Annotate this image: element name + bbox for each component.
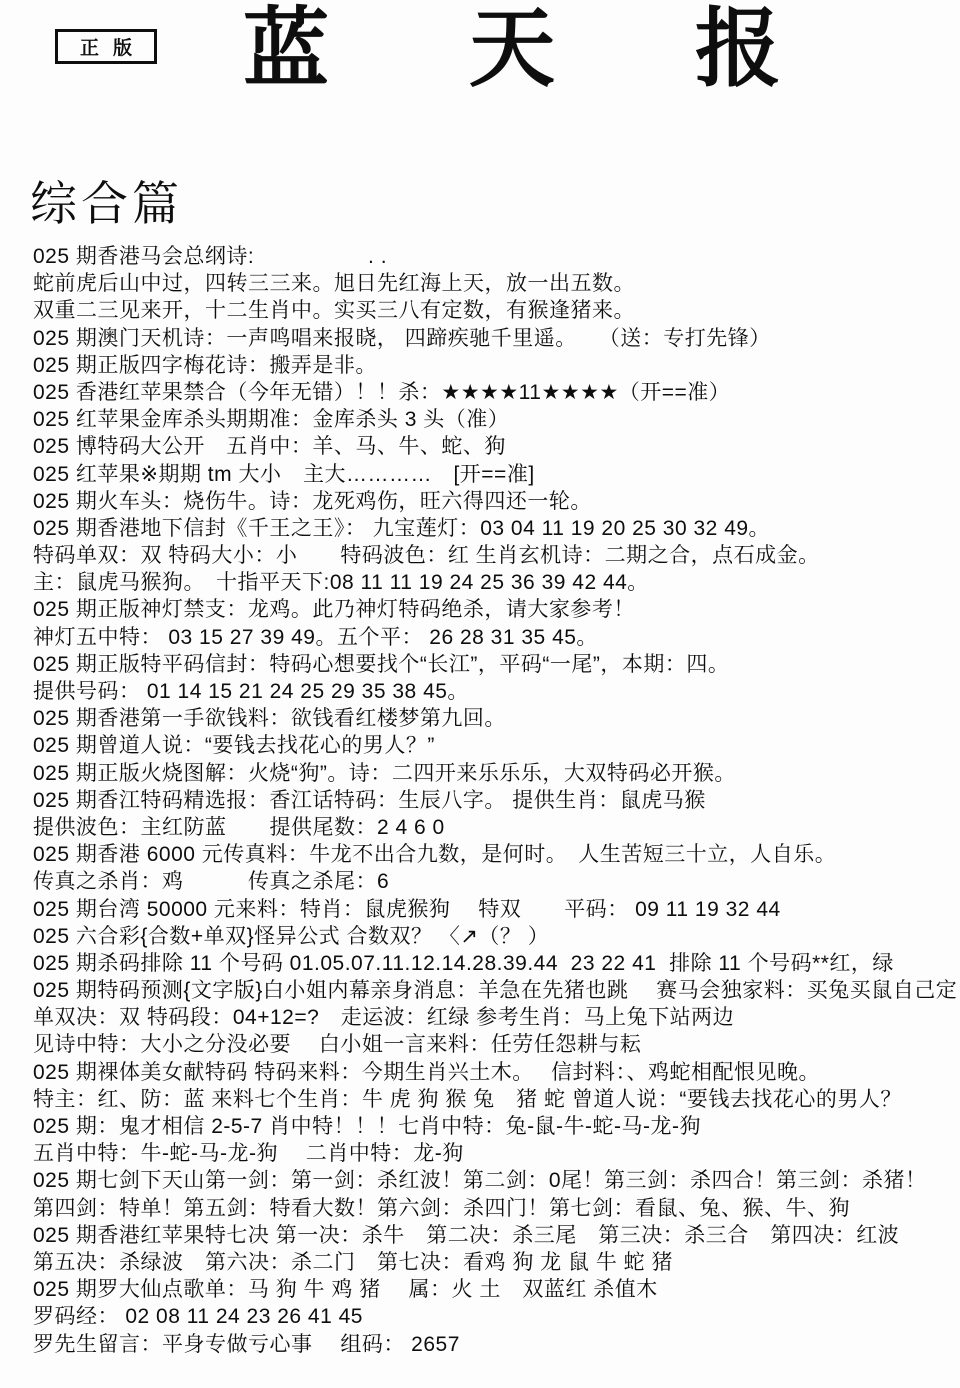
text-line: 025 期台湾 50000 元来料：特肖：鼠虎猴狗 特双 平码： 09 11 1… xyxy=(33,896,957,923)
text-line: 025 红苹果金库杀头期期准：金库杀头 3 头（准） xyxy=(33,406,957,433)
text-line: 神灯五中特： 03 15 27 39 49。五个平： 26 28 31 35 4… xyxy=(33,624,957,651)
text-line: 025 期正版特平码信封：特码心想要找个“长江”，平码“一尾”，本期：四。 xyxy=(33,651,957,678)
text-line: 025 期正版四字梅花诗：搬弄是非。 xyxy=(33,352,957,379)
text-line: 蛇前虎后山中过，四转三三来。旭日先红海上天，放一出五数。 xyxy=(33,270,957,297)
text-line: 第五决：杀绿波 第六决：杀二门 第七决：看鸡 狗 龙 鼠 牛 蛇 猪 xyxy=(33,1249,957,1276)
text-line: 025 期香港 6000 元传真料：牛龙不出合九数，是何时。 人生苦短三十立，人… xyxy=(33,841,957,868)
text-line: 第四剑：特单！第五剑：特看大数！第六剑：杀四门！第七剑：看鼠、兔、猴、牛、狗 xyxy=(33,1195,957,1222)
text-line: 025 期香港红苹果特七决 第一决：杀牛 第二决：杀三尾 第三决：杀三合 第四决… xyxy=(33,1222,957,1249)
text-line: 025 期七剑下天山第一剑：第一剑：杀红波！第二剑：0尾！第三剑：杀四合！第三剑… xyxy=(33,1167,957,1194)
text-line: 025 期杀码排除 11 个号码 01.05.07.11.12.14.28.39… xyxy=(33,950,957,977)
text-line: 025 期罗大仙点歌单：马 狗 牛 鸡 猪 属：火 土 双蓝红 杀值木 xyxy=(33,1276,957,1303)
text-line: 025 期特码预测{文字版}白小姐内幕亲身消息：羊急在先猪也跳 赛马会独家料：买… xyxy=(33,977,957,1004)
text-line: 025 六合彩{合数+单双}怪异公式 合数双？ 〈↗（？ ） xyxy=(33,923,957,950)
text-line: 025 期火车头：烧伤牛。诗：龙死鸡伤，旺六得四还一轮。 xyxy=(33,488,957,515)
text-line: 025 期香港第一手欲钱料：欲钱看红楼梦第九回。 xyxy=(33,705,957,732)
text-line: 025 红苹果※期期 tm 大小 主大………… [开==准] xyxy=(33,461,957,488)
text-line: 罗码经： 02 08 11 24 23 26 41 45 xyxy=(33,1303,957,1330)
text-line: 提供号码： 01 14 15 21 24 25 29 35 38 45。 xyxy=(33,678,957,705)
text-line: 提供波色：主红防蓝 提供尾数：2 4 6 0 xyxy=(33,814,957,841)
text-line: 传真之杀肖：鸡 传真之杀尾：6 xyxy=(33,868,957,895)
text-line: 特主：红、防：蓝 来料七个生肖：牛 虎 狗 猴 兔 猪 蛇 曾道人说：“要钱去找… xyxy=(33,1086,957,1113)
newspaper-page: 正版 蓝天报 综合篇 025 期香港马会总纲诗: . .蛇前虎后山中过，四转三三… xyxy=(0,0,960,1388)
text-line: 双重二三见来开，十二生肖中。实买三八有定数，有猴逢猪来。 xyxy=(33,297,957,324)
text-line: 025 期香江特码精选报：香江话特码：生辰八字。 提供生肖：鼠虎马猴 xyxy=(33,787,957,814)
text-line: 025 期：鬼才相信 2-5-7 肖中特！！！七肖中特：兔-鼠-牛-蛇-马-龙-… xyxy=(33,1113,957,1140)
text-line: 025 期正版神灯禁支：龙鸡。此乃神灯特码绝杀，请大家参考！ xyxy=(33,596,957,623)
edition-badge-label: 正版 xyxy=(66,33,146,60)
text-line: 025 期裸体美女献特码 特码来料：今期生肖兴土木。 信封料：、鸡蛇相配恨见晚。 xyxy=(33,1059,957,1086)
text-line: 025 博特码大公开 五肖中：羊、马、牛、蛇、狗 xyxy=(33,433,957,460)
text-line: 025 香港红苹果禁合（今年无错）！！杀：★★★★11★★★★（开==准） xyxy=(33,379,957,406)
masthead-title: 蓝天报 xyxy=(243,4,921,94)
text-line: 025 期香港马会总纲诗: . . xyxy=(33,243,957,270)
text-line: 025 期澳门天机诗：一声鸣唱来报晓， 四蹄疾驰千里遥。 （送：专打先锋） xyxy=(33,325,957,352)
text-line: 单双决：双 特码段：04+12=? 走运波：红绿 参考生肖：马上兔下站两边 xyxy=(33,1004,957,1031)
edition-badge: 正版 xyxy=(55,29,157,64)
text-line: 025 期香港地下信封《千王之王》： 九宝莲灯：03 04 11 19 20 2… xyxy=(33,515,957,542)
section-title: 综合篇 xyxy=(30,180,183,232)
text-line: 主：鼠虎马猴狗。 十指平天下:08 11 11 19 24 25 36 39 4… xyxy=(33,569,957,596)
text-line: 025 期正版火烧图解：火烧“狗”。诗：二四开来乐乐乐，大双特码必开猴。 xyxy=(33,760,957,787)
content-lines: 025 期香港马会总纲诗: . .蛇前虎后山中过，四转三三来。旭日先红海上天，放… xyxy=(33,243,957,1358)
text-line: 025 期曾道人说：“要钱去找花心的男人？” xyxy=(33,732,957,759)
text-line: 五肖中特：牛-蛇-马-龙-狗 二肖中特：龙-狗 xyxy=(33,1140,957,1167)
text-line: 见诗中特：大小之分没必要 白小姐一言来料：任劳任怨耕与耘 xyxy=(33,1031,957,1058)
text-line: 特码单双：双 特码大小：小 特码波色：红 生肖玄机诗：二期之合，点石成金。 xyxy=(33,542,957,569)
text-line: 罗先生留言：平身专做亏心事 组码： 2657 xyxy=(33,1331,957,1358)
